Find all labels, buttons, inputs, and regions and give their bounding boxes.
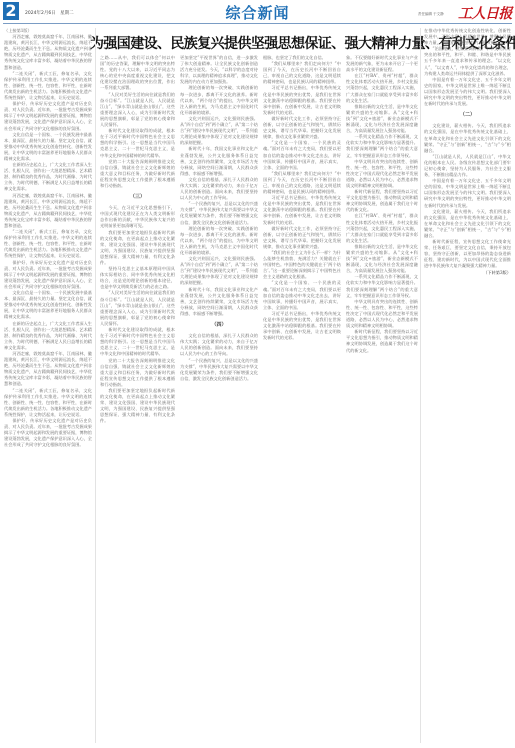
section-marker: （二） (424, 112, 511, 118)
newspaper-logo: 工人日报 (458, 3, 512, 23)
paragraph: “人民对美好生活的向往就是我们的奋斗目标”。“江山就是人民，人民就是江山”，“绿… (100, 92, 175, 129)
paragraph: 新时代十年，我国文化事业和文化产业蓬勃发展，公共文化服务体系日益完善，文艺创作持… (180, 146, 258, 176)
paragraph: 党的二十大报告深刻阐明推进文化自信自强、铸就社会主义文化新辉煌的重大意义和目标任… (100, 358, 175, 388)
paragraph: 习近平总书记指出，中华优秀传统文化是中华民族的突出优势，是我们在世界文化激荡中站… (263, 195, 341, 225)
paragraph: 保护好、传承好历史文化遗产是对历史负责、对人民负责。近年来，一批批考古发掘成果揭… (4, 260, 92, 290)
paragraph: “治国理政，犹如烹调鲜美。”中华文明具有突出的和平性，和平、和睦、和谐是中华民族… (424, 46, 511, 76)
paragraph: 保护好、传承好历史文化遗产是对历史负责、对人民负责。近年来，一批批考古发掘成果揭… (4, 418, 92, 448)
paragraph: “二连关闭”，新式工匠，修复名录，文化保护传承利用工作扎实推进。中华文明的连续性… (4, 388, 92, 418)
paragraph: 一系列文化精品力作不断涌现，文化软实力和中华文化影响力显著提升。我们要深刻理解“… (346, 134, 418, 158)
paragraph: 文化自信是一个国家、一个民族发展中最基本、最深沉、最持久的力量。坚定文化自信，就… (4, 290, 92, 320)
article-headline: 为强国建设、民族复兴提供坚强思想保证、强大精神力量、有利文化条件 (90, 33, 435, 53)
section-marker: （三） (100, 194, 175, 200)
masthead-divider (3, 23, 512, 24)
paragraph: 做好新时代文化工作，必须坚持守正创新，以守正创新的正气和锐气，赓续历史文脉，谱写… (263, 226, 341, 250)
paragraph: 新时代文化建设取得的成就，根本在于习近平新时代中国特色社会主义思想的科学指引。这… (100, 128, 175, 158)
paragraph: 文化自信的根基，深扎于人民群众的伟大实践；文化繁荣的动力，来自于亿万人民的创新创… (180, 177, 258, 201)
paragraph: 推陈出新的文化生活，是中华文化繁荣兴盛的生动缩影。从“文化+科技”到“文化+旅游… (346, 244, 418, 274)
paragraph: 之路……从中，我们可以体会“何以中国”的历史答案，理解中华文明的突出特性。党的十… (100, 55, 175, 92)
paragraph: 推陈出新的文化生活，是中华文化繁荣兴盛的生动缩影。从“文化+科技”到“文化+旅游… (346, 104, 418, 134)
paragraph: “人民对美好生活的向往就是我们的奋斗目标”。“江山就是人民，人民就是江山”，“绿… (100, 290, 175, 327)
paragraph: “二连关闭”，新式工匠，修复名录，文化保护传承利用工作扎实推进。中华文明的连续性… (4, 229, 92, 259)
paragraph: 新时代新征程，我们要坚持以习近平文化思想为指引，推动物质文明和精神文明协调发展，… (346, 189, 418, 213)
paragraph: 河西走廊，敦煌莫高窟千年，江南园林，徽派建筑，黄河长江，中华文明源远流长，绵延不… (4, 351, 92, 388)
paragraph: 文化自信是一个国家、一个民族发展中最基本、最深沉、最持久的力量。坚定文化自信，就… (4, 132, 92, 162)
paragraph: 在新的历史起点上，广大文化工作者深入生活、扎根人民，创作出一大批思想精深、艺术精… (4, 162, 92, 192)
paragraph: 今天，在习近平文化思想指引下，中国式现代化建设正在为人类文明新形态作出新的贡献，… (100, 205, 175, 229)
paragraph: 我们要更加坚定地担负起新时代新的文化使命，在更高起点上推动文化繁荣、建设文化强国… (100, 230, 175, 267)
paragraph: 中华文明具有突出的连续性、创新性、统一性、包容性、和平性，这些特性决定了中国式现… (346, 299, 418, 329)
paragraph: 习近平总书记指出，中华优秀传统文化是中华民族的突出优势，是我们在世界文化激荡中站… (263, 311, 341, 341)
article-column-6: 在推动中华优秀传统文化创造性转化、创新性发展中，不断丰富人民精神世界，增强人民精… (424, 28, 511, 744)
paragraph: 河西走廊，敦煌莫高窟千年，江南园林，徽派建筑，黄河长江，中华文明源远流长，绵延不… (4, 193, 92, 230)
paragraph: 文化建设，薪火相传。今天，我们所追求的文化强国，是在中华优秀传统文化基础上、在革… (424, 123, 511, 153)
paragraph: 新时代十年，我国文化事业和文化产业蓬勃发展，公共文化服务体系日益完善，文艺创作持… (180, 287, 258, 317)
column-divider (95, 28, 96, 743)
paragraph: 文化兴则国运兴，文化强则民族强。从“四个自信”到“两个确立”，从“第二个结合”到… (180, 256, 258, 286)
paragraph: “文化是一个国家、一个民族的灵魂。”面对百年未有之大变局，我们要以更加自信的姿态… (263, 140, 341, 170)
column-divider (420, 28, 421, 743)
paragraph: “二连关闭”，新式工匠，修复名录，文化保护传承利用工作扎实推进。中华文明的连续性… (4, 71, 92, 101)
article-column-5: 象。不仅要做好新时代文化事业与产业发展的新气象，更为未来开启了一个更高水平的文化… (346, 55, 418, 744)
paragraph: 文化建设，薪火相传。今天，我们所追求的文化强国，是在中华优秀传统文化基础上、在革… (424, 209, 511, 239)
paragraph: 河西走廊，敦煌莫高窟千年，江南园林，徽派建筑，黄河长江，中华文明源远流长，绵延不… (4, 34, 92, 71)
paragraph: 中华文明具有突出的连续性、创新性、统一性、包容性、和平性，这些特性决定了中国式现… (346, 159, 418, 189)
paragraph: “文化是一个国家、一个民族的灵魂。”面对百年未有之大变局，我们要以更加自信的姿态… (263, 280, 341, 310)
paragraph: 中国是有着一万年文化史、五千多年文明史的国家，中华文明是世界上唯一绵延不断且以国… (424, 178, 511, 208)
masthead: 2 2024年2月6日 星期二 综合新闻 责任编辑 于文静 工人日报 (0, 0, 515, 22)
editor-credit: 责任编辑 于文静 (418, 12, 444, 17)
paragraph: 在新的历史起点上，广大文化工作者深入生活、扎根人民，创作出一大批思想精深、艺术精… (4, 321, 92, 351)
paragraph: “一个民族的复兴，总是以文化的兴盛为支撑”，中华民族伟大复兴需要以中华文化发展繁… (180, 358, 258, 382)
article-column-4: 根脉，也坚定了我们的文化自信。 “我们从哪里来？我们走向何方？”中国到了今天，在… (263, 55, 341, 744)
paragraph: 新时代文化建设取得的成就，根本在于习近平新时代中国特色社会主义思想的科学指引。这… (100, 327, 175, 357)
paragraph: 党的二十大报告深刻阐明推进文化自信自强、铸就社会主义文化新辉煌的重大意义和目标任… (100, 159, 175, 189)
paragraph: 做好新时代文化工作，必须坚持守正创新，以守正创新的正气和锐气，赓续历史文脉，谱写… (263, 116, 341, 140)
paragraph: 文化兴则国运兴，文化强则民族强。从“四个自信”到“两个确立”，从“第二个结合”到… (180, 116, 258, 146)
paragraph: “一个民族的复兴，总是以文化的兴盛为支撑”，中华民族伟大复兴需要以中华文化发展繁… (180, 201, 258, 225)
paragraph: 理论创新的每一次突破、实践创新的每一次进步，都离不开文化的滋养。新时代以来，“两… (180, 226, 258, 256)
section-marker: （四） (180, 322, 258, 328)
article-column-1: （上接第1版） 河西走廊，敦煌莫高窟千年，江南园林，徽派建筑，黄河长江，中华文明… (4, 28, 92, 744)
paragraph: 在江“村BA”、贵州“村超”，群众性文化体育活动火热开展，乡村文化振兴蓬勃兴起，… (346, 213, 418, 243)
continuation-note: （下转第3版） (424, 270, 511, 276)
paragraph: 坚持马克思主义基本原理同中国具体实际相结合、同中华优秀传统文化相结合，这是党的理… (100, 266, 175, 290)
paragraph: 理论创新的每一次突破、实践创新的每一次进步，都离不开文化的滋养。新时代以来，“两… (180, 85, 258, 115)
paragraph: 文化自信的根基，深扎于人民群众的伟大实践；文化繁荣的动力，来自于亿万人民的创新创… (180, 333, 258, 357)
article-column-2: 之路……从中，我们可以体会“何以中国”的历史答案，理解中华文明的突出特性。党的十… (100, 55, 175, 744)
paragraph: 在推动中华优秀传统文化创造性转化、创新性发展中，不断丰富人民精神世界，增强人民精… (424, 28, 511, 46)
paragraph: “我们从哪里来？我们走向何方？”中国到了今天，在历史长河中不断回首自己，审视自己… (263, 61, 341, 85)
paragraph: 习近平总书记指出，中华优秀传统文化是中华民族的突出优势，是我们在世界文化激荡中站… (263, 85, 341, 115)
paragraph: 象。不仅要做好新时代文化事业与产业发展的新气象，更为未来开启了一个更高水平的文化… (346, 55, 418, 73)
paragraph: 新时代新征程，我们要坚持以习近平文化思想为指引，推动物质文明和精神文明协调发展，… (346, 329, 418, 353)
paragraph: 一系列文化精品力作不断涌现，文化软实力和中华文化影响力显著提升。我们要深刻理解“… (346, 274, 418, 298)
paragraph: “江山就是人民，人民就是江山”，中华文化的根本在人民。各级宣传思想文化部门要牢记… (424, 154, 511, 178)
paragraph: “我们从哪里来？我们走向何方？”中国到了今天，在历史长河中不断回首自己，审视自己… (263, 171, 341, 195)
paragraph: “我们的社会主义为什么不一样？为什么能够生机勃勃、充满活力？关键就在于中国特色。… (263, 250, 341, 280)
paragraph: 新时代新征程，宣传思想文化工作使命光荣、任务艰巨，要坚定文化自信，秉持开放包容，… (424, 239, 511, 269)
article-column-3: 更加坚定“平视世界”的自信，进一步激发了伟大创造精神。让全民族文化创新创造活力充… (180, 55, 258, 744)
paragraph: 更加坚定“平视世界”的自信，进一步激发了伟大创造精神。让全民族文化创新创造活力充… (180, 55, 258, 85)
paragraph: 中国是有着一万年文化史、五千多年文明史的国家，中华文明是世界上唯一绵延不断且以国… (424, 77, 511, 107)
paragraph: 我们要更加坚定地担负起新时代新的文化使命，在更高起点上推动文化繁荣、建设文化强国… (100, 388, 175, 425)
paragraph: 保护好、传承好历史文化遗产是对历史负责、对人民负责。近年来，一批批考古发掘成果揭… (4, 101, 92, 131)
paragraph: 在江“村BA”、贵州“村超”，群众性文化体育活动火热开展，乡村文化振兴蓬勃兴起，… (346, 73, 418, 103)
